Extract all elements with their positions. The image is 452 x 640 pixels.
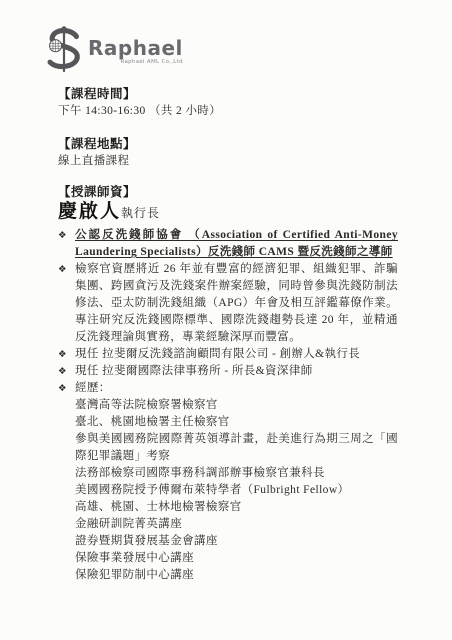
dollar-snake-staff-icon [42,23,86,80]
qualification-item: ❖ 現任 拉斐爾反洗錢諮詢顧問有限公司 - 創辦人&執行長 [58,346,398,363]
course-time-value: 下午 14:30-16:30 （共 2 小時） [58,103,398,120]
experience-item: 高雄、桃園、士林地檢署檢察官 [75,499,398,516]
experience-list: 臺灣高等法院檢察署檢察官 臺北、桃園地檢署主任檢察官 參與美國國務院國際菁英領導… [58,397,398,584]
experience-item: 美國國務院授予傅爾布萊特學者（Fulbright Fellow） [75,482,398,499]
qualification-text: 檢察官資歷將近 26 年並有豐富的經濟犯罪、組織犯罪、詐騙集團、跨國貪污及洗錢案… [75,263,398,343]
instructor-name: 慶啟人 [58,201,121,222]
experience-item: 金融研訓院菁英講座 [75,516,398,533]
logo-wordmark: Raphael Raphael AML Co.,Ltd [88,38,183,65]
document-page: Raphael Raphael AML Co.,Ltd 【課程時間】 下午 14… [0,0,452,640]
diamond-bullet-icon: ❖ [58,380,67,397]
course-time-heading: 【課程時間】 [58,86,398,103]
experience-item: 參與美國國務院國際菁英領導計畫，赴美進行為期三周之「國際犯罪議題」考察 [75,431,398,465]
instructor-name-row: 慶啟人執行長 [58,201,398,224]
qualification-text: 經歷： [75,382,111,394]
experience-item: 證券暨期貨發展基金會講座 [75,533,398,550]
qualification-text: 現任 拉斐爾國際法律事務所 - 所長&資深律師 [75,365,313,377]
experience-item: 臺灣高等法院檢察署檢察官 [75,397,398,414]
qualification-item: ❖ 檢察官資歷將近 26 年並有豐富的經濟犯罪、組織犯罪、詐騙集團、跨國貪污及洗… [58,261,398,346]
brand-name: Raphael [88,38,183,58]
qualification-text: 現任 拉斐爾反洗錢諮詢顧問有限公司 - 創辦人&執行長 [75,348,360,360]
diamond-bullet-icon: ❖ [58,261,67,278]
company-logo: Raphael Raphael AML Co.,Ltd [42,24,398,78]
instructor-heading: 【授課師資】 [58,184,398,201]
qualification-item: ❖ 公認反洗錢師協會 （Association of Certified Ant… [58,227,398,261]
diamond-bullet-icon: ❖ [58,363,67,380]
course-location-heading: 【課程地點】 [58,136,398,153]
experience-item: 保險犯罪防制中心講座 [75,567,398,584]
qualification-text: 公認反洗錢師協會 （Association of Certified Anti-… [75,229,398,258]
experience-item: 臺北、桃園地檢署主任檢察官 [75,414,398,431]
experience-item: 保險事業發展中心講座 [75,550,398,567]
diamond-bullet-icon: ❖ [58,346,67,363]
course-location-value: 線上直播課程 [58,153,398,170]
qualification-item: ❖ 現任 拉斐爾國際法律事務所 - 所長&資深律師 [58,363,398,380]
qualification-list: ❖ 公認反洗錢師協會 （Association of Certified Ant… [58,227,398,397]
experience-item: 法務部檢察司國際事務科調部辦事檢察官兼科長 [75,465,398,482]
brand-tagline: Raphael AML Co.,Ltd [120,59,182,65]
qualification-item: ❖ 經歷： [58,380,398,397]
instructor-title: 執行長 [121,206,160,220]
diamond-bullet-icon: ❖ [58,227,67,244]
